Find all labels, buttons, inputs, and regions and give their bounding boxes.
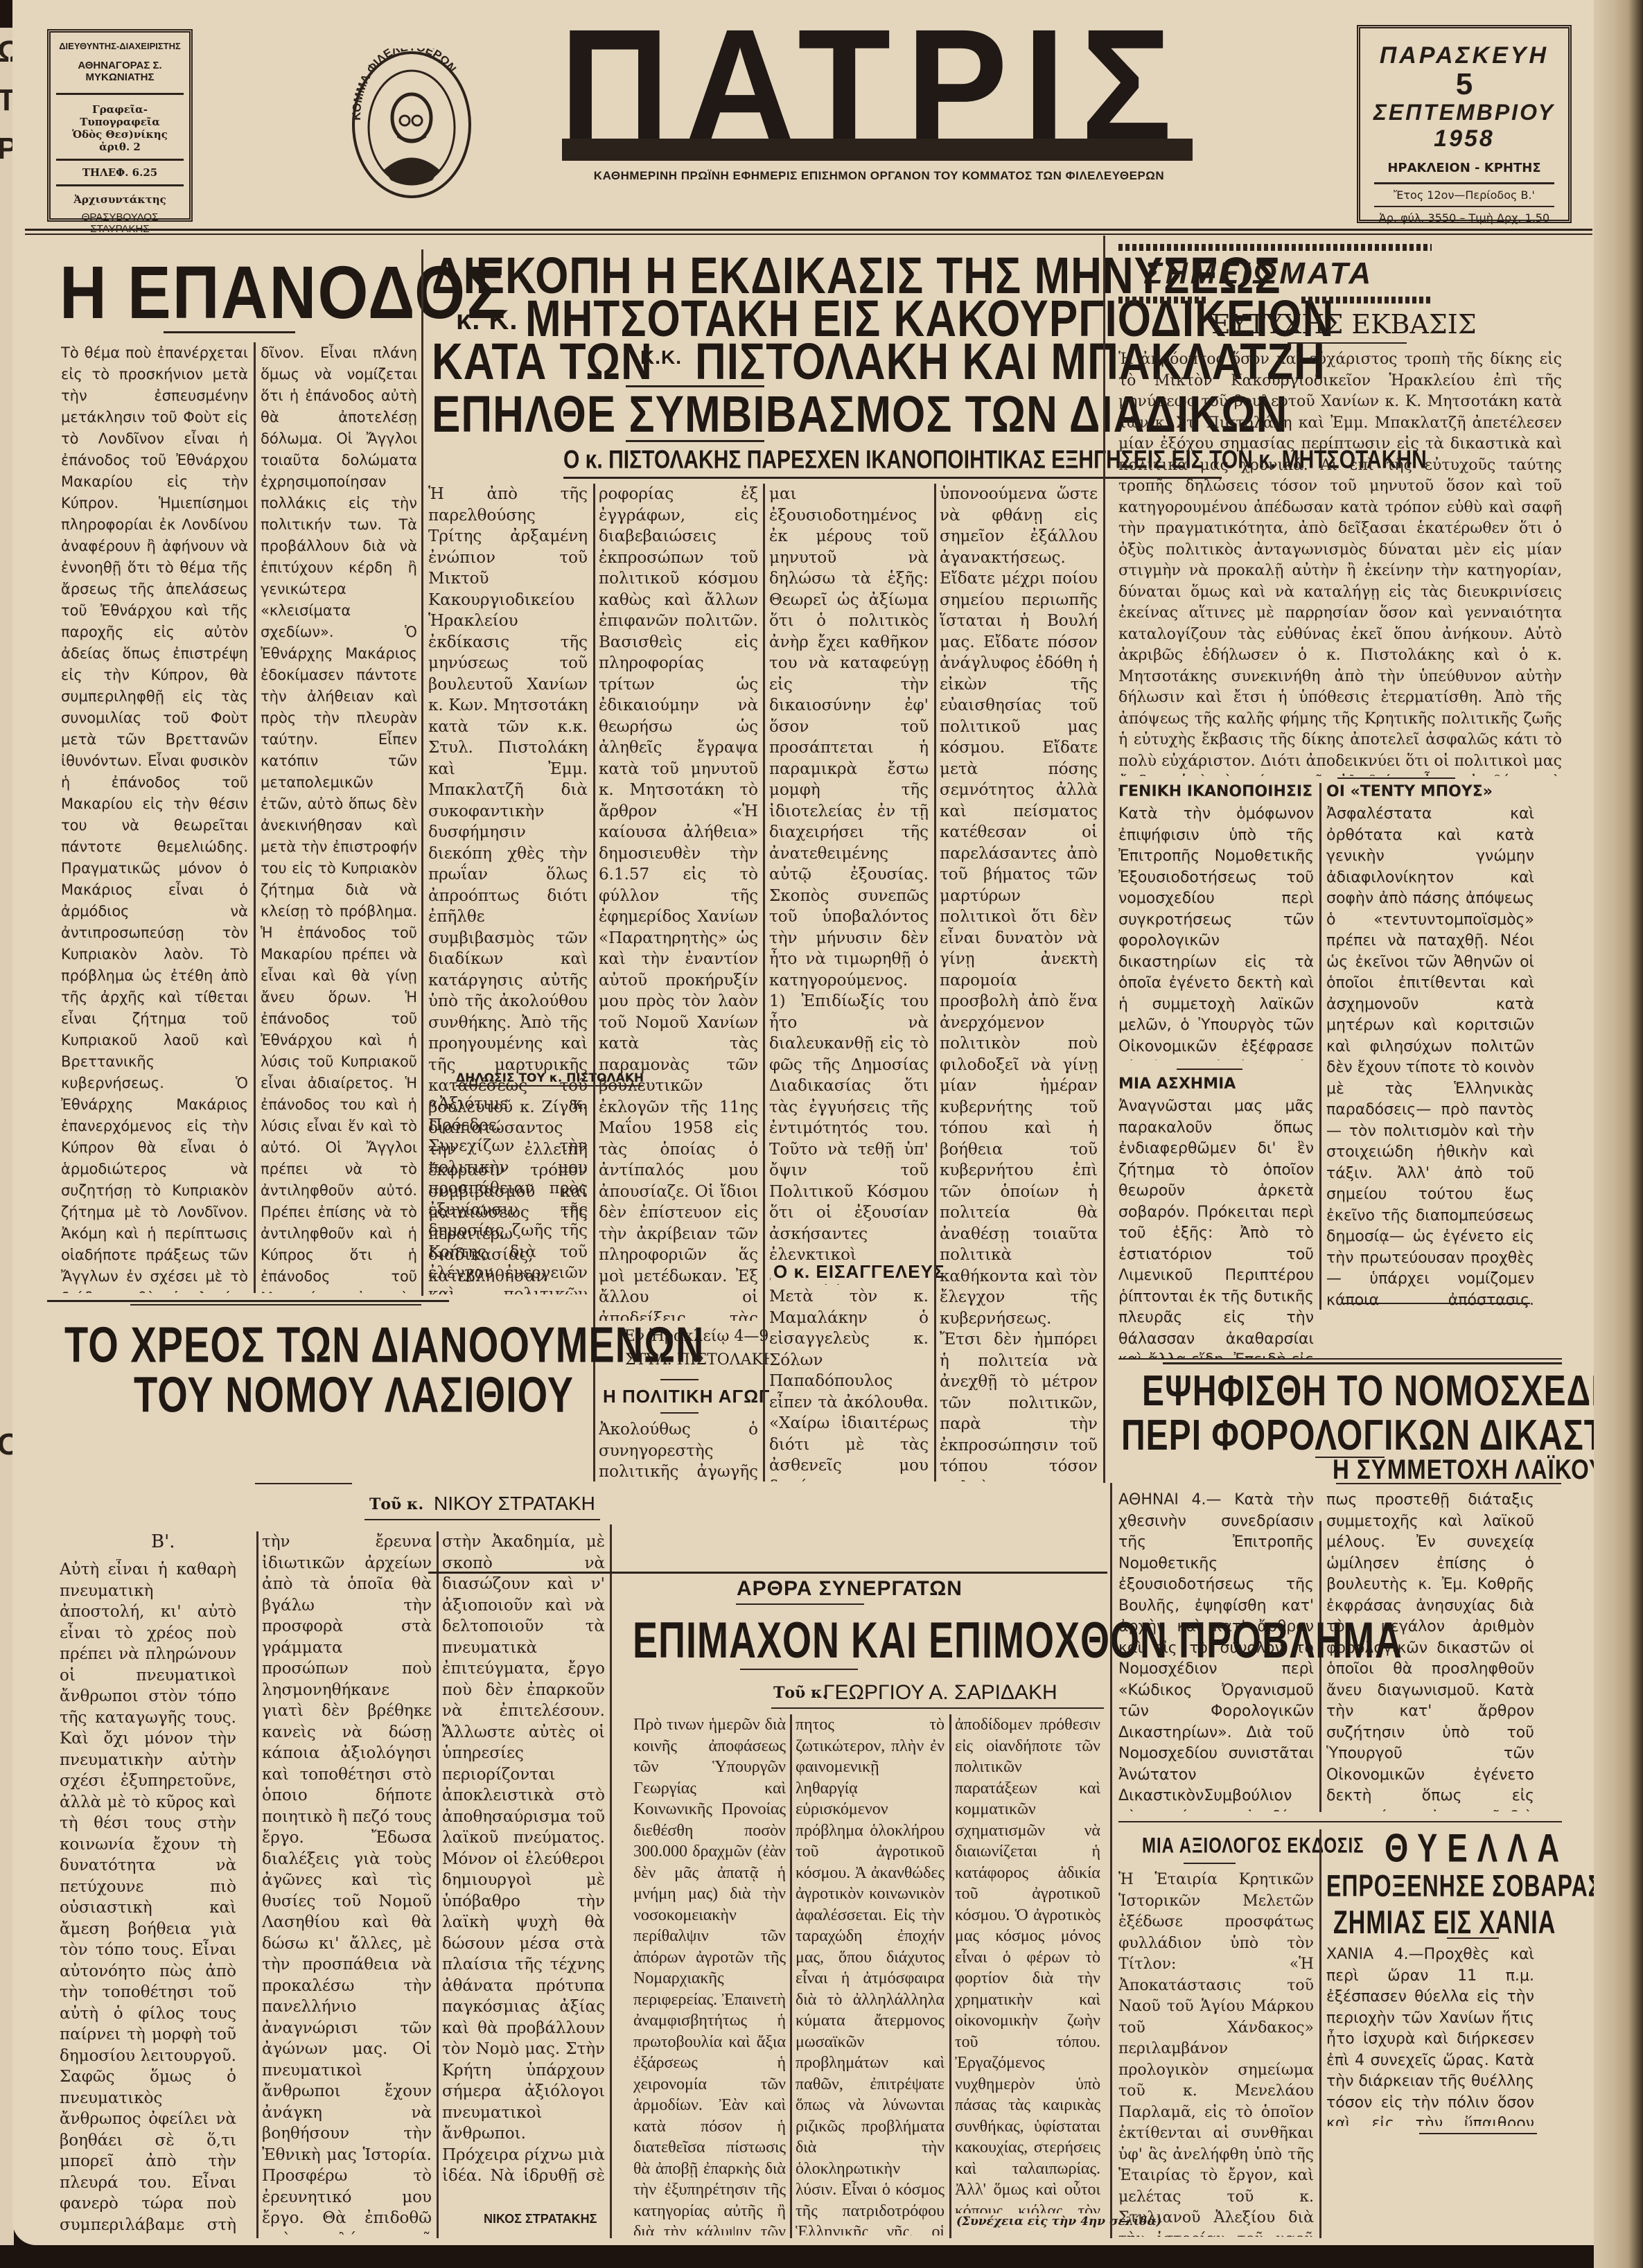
chreos-signature: ΝΙΚΟΣ ΣΤΡΑΤΑΚΗΣ bbox=[484, 2212, 597, 2226]
month: ΣΕΠΤΕΜΒΡΙΟΥ bbox=[1360, 100, 1568, 125]
aschimia-headline: ΜΙΑ ΑΣΧΗΜΙΑ bbox=[1118, 1075, 1236, 1093]
section-divider bbox=[1118, 1821, 1562, 1822]
adjacent-page-fragment: ΩΣ bbox=[0, 28, 14, 76]
teddy-headline: ΟΙ «ΤΕΝΤΥ ΜΠΟΥΣ» bbox=[1326, 783, 1493, 800]
newspaper-title: ΠΑΤΡΙΣ bbox=[556, 24, 1190, 148]
byline-underline bbox=[364, 1519, 600, 1520]
column-divider bbox=[437, 1531, 439, 2238]
offices-line-2: Ὁδὸς Θεσ)νίκης ἀριθ. 2 bbox=[56, 128, 184, 161]
short-rule bbox=[1184, 1863, 1236, 1864]
teddy-body: Ἀσφαλέστατα καὶ ὀρθότατα καὶ κατὰ γενικὴ… bbox=[1326, 804, 1534, 1310]
epanodos-column-2: δῖνον. Εἶναι πλάνη ὅμως νὰ νομίζεται ὅτι… bbox=[261, 342, 417, 1293]
simeiomata-body: Ἡ ἀπρόοπτος ὅσον καὶ εὐχάριστος τροπὴ τῆ… bbox=[1118, 349, 1562, 776]
short-rule bbox=[255, 1483, 352, 1484]
newspaper-page: ΔΙΕΥΘΥΝΤΗΣ-ΔΙΑΧΕΙΡΙΣΤΗΣ ΑΘΗΝΑΓΟΡΑΣ Σ. ΜΥ… bbox=[12, 0, 1606, 2245]
chreos-column-3: στὴν Ἀκαδημία, μὲ σκοπὸ νὰ διασώζουν καὶ… bbox=[442, 1531, 605, 2183]
date-box: ΠΑΡΑΣΚΕΥΗ 5 ΣΕΠΤΕΜΒΡΙΟΥ 1958 ΗΡΑΚΛΕΙΟΝ -… bbox=[1357, 25, 1572, 223]
year-period: Ἔτος 12ον—Περίοδος Β.' bbox=[1374, 188, 1554, 207]
section-divider bbox=[428, 1572, 1107, 1574]
chreos-byline-name: ΝΙΚΟΥ ΣΤΡΑΤΑΚΗ bbox=[434, 1493, 595, 1515]
short-rule bbox=[1419, 2133, 1537, 2134]
main-headline-line-3-prefix: ΚΑΤΑ ΤΩΝ bbox=[432, 333, 653, 392]
aschimia-body: Ἀναγνῶσται μας μᾶς παρακαλοῦν ὅπως ἐνδια… bbox=[1118, 1096, 1314, 1360]
issue-price: Ἀρ. φύλ. 3550 – Τιμὴ Δρχ. 1.50 bbox=[1360, 211, 1568, 225]
short-rule bbox=[660, 1379, 699, 1380]
portrait-emblem-icon: ΚΟΜΜΑ ΦΙΛΕΛΕΥΘΕΡΩΝ bbox=[349, 49, 474, 201]
main-column-1b: «Ἀξιότιμε κ. Πρόεδρε. Συνεχίζων τὴν πολι… bbox=[428, 1093, 588, 1294]
party-emblem: ΚΟΜΜΑ ΦΙΛΕΛΕΥΘΕΡΩΝ bbox=[349, 49, 474, 201]
section-divider bbox=[130, 1304, 421, 1306]
byline-underline bbox=[771, 1707, 1104, 1709]
ekdosis-headline: ΜΙΑ ΑΞΙΟΛΟΓΟΣ ΕΚΔΟΣΙΣ bbox=[1142, 1834, 1364, 1858]
place: ΗΡΑΚΛΕΙΟΝ - ΚΡΗΤΗΣ bbox=[1374, 161, 1554, 184]
section-border-top bbox=[1118, 244, 1432, 251]
book-binding-edge bbox=[1594, 0, 1643, 2268]
thyella-headline-1: ΘΥΕΛΛΑ bbox=[1385, 1827, 1569, 1872]
headline-rule bbox=[626, 440, 764, 442]
title-underline-bar bbox=[562, 139, 1193, 161]
director-label: ΔΙΕΥΘΥΝΤΗΣ-ΔΙΑΧΕΙΡΙΣΤΗΣ bbox=[56, 41, 184, 51]
main-headline-kk: Κ.Κ. bbox=[640, 346, 682, 369]
year: 1958 bbox=[1360, 125, 1568, 152]
simeiomata-headline: ΕΥΤΥΧΗΣ ΕΚΒΑΣΙΣ bbox=[1211, 309, 1477, 340]
deck-underline bbox=[1336, 1483, 1561, 1484]
editor-name: ΘΡΑΣΥΒΟΥΛΟΣ ΣΤΑΥΡΑΚΗΣ bbox=[56, 211, 184, 235]
column-divider bbox=[1319, 1829, 1321, 2238]
short-rule bbox=[1447, 1937, 1499, 1939]
column-divider bbox=[763, 484, 765, 1482]
thyella-body: ΧΑΝΙΑ 4.—Προχθὲς καὶ περὶ ὥραν 11 π.μ. ἐ… bbox=[1326, 1944, 1534, 2126]
short-rule bbox=[1337, 777, 1455, 779]
epimachon-byline-name: ΓΕΩΡΓΙΟΥ Α. ΣΑΡΙΔΑΚΗ bbox=[823, 1681, 1057, 1705]
section-divider bbox=[1118, 1358, 1562, 1360]
main-column-4: ὑπονοούμενα ὥστε νὰ φθάνῃ εἰς σημεῖον ἐξ… bbox=[940, 484, 1098, 1482]
director-name: ΑΘΗΝΑΓΟΡΑΣ Σ. ΜΥΚΩΝΙΑΤΗΣ bbox=[56, 60, 184, 95]
nomoschedio-headline-2: ΠΕΡΙ ΦΟΡΟΛΟΓΙΚΩΝ ΔΙΚΑΣΤΗΡΙΩΝ bbox=[1121, 1411, 1643, 1461]
masthead-title: ΠΑΤΡΙΣ bbox=[556, 26, 1190, 144]
main-column-2b: Ἀκολούθως ὁ συνηγορεστὴς πολιτικῆς ἀγωγῆ… bbox=[599, 1419, 758, 1483]
publisher-info-box: ΔΙΕΥΘΥΝΤΗΣ-ΔΙΑΧΕΙΡΙΣΤΗΣ ΑΘΗΝΑΓΟΡΑΣ Σ. ΜΥ… bbox=[47, 29, 193, 222]
epimachon-column-1: Πρὸ τινων ἡμερῶν διὰ κοινῆς ἀποφάσεως τῶ… bbox=[633, 1714, 786, 2235]
continued-note: (Συνέχεια εἰς τὴν 4ην σελίδα) bbox=[956, 2215, 1161, 2229]
geniki-headline: ΓΕΝΙΚΗ ΙΚΑΝΟΠΟΙΗΣΙΣ bbox=[1118, 783, 1312, 800]
adjacent-page-fragment: ΡΟΥ bbox=[0, 125, 14, 173]
chreos-headline-2: ΤΟΥ ΝΟΜΟΥ ΛΑΣΙΘΙΟΥ bbox=[134, 1365, 574, 1424]
adjacent-page-edge: ΩΣ ΤΑ ΡΟΥ ΟΚ bbox=[0, 28, 14, 2245]
chreos-column-2: τὴν ἔρευνα ἰδιωτικῶν ἀρχείων ἀπὸ τὰ ὁποῖ… bbox=[262, 1531, 432, 2235]
masthead-divider-2 bbox=[25, 234, 1592, 235]
short-rule bbox=[1177, 1069, 1242, 1070]
short-rule bbox=[660, 1412, 699, 1414]
weekday: ΠΑΡΑΣΚΕΥΗ bbox=[1360, 42, 1568, 69]
phone-number: ΤΗΛΕΦ. 6.25 bbox=[56, 166, 184, 186]
chreos-byline-prefix: Τοῦ κ. bbox=[369, 1495, 423, 1513]
headline-underline bbox=[1288, 342, 1407, 344]
main-column-2: ροφορίας ἐξ ἐγγράφων, εἰς διαβεβαιώσεις … bbox=[599, 484, 758, 1321]
column-divider bbox=[254, 342, 256, 1293]
main-column-3b: Μετὰ τὸν κ. Μαμαλάκην ὁ εἰσαγγελεὺς κ. Σ… bbox=[769, 1286, 929, 1482]
section-border-bottom-left bbox=[1118, 297, 1207, 304]
column-divider bbox=[1103, 236, 1105, 1483]
editor-label: Ἀρχισυντάκτης bbox=[56, 193, 184, 206]
epimachon-byline-prefix: Τοῦ κ. bbox=[773, 1684, 827, 1702]
column-divider bbox=[1319, 783, 1321, 1310]
kicker-underline bbox=[736, 1603, 864, 1605]
main-headline-prefix: κ. Κ. bbox=[456, 305, 518, 336]
column-divider bbox=[1110, 1483, 1112, 2238]
epimachon-headline: ΕΠΙΜΑΧΟΝ ΚΑΙ ΕΠΙΜΟΧΘΟΝ ΠΡΟΒΛΗΜΑ bbox=[633, 1612, 1403, 1670]
section-divider bbox=[1163, 1362, 1562, 1364]
simeiomata-section-title: ΣΗΜΕΙΩΜΑΤΑ bbox=[1145, 256, 1373, 291]
ekdosis-body: Ἡ Ἑταιρία Κρητικῶν Ἱστορικῶν Μελετῶν ἐξέ… bbox=[1118, 1870, 1314, 2237]
headline-underline bbox=[740, 1669, 858, 1670]
headline-underline bbox=[164, 331, 295, 333]
chreos-column-1: Αὐτὴ εἶναι ἡ καθαρὴ πνευματικὴ ἀποστολή,… bbox=[60, 1559, 236, 2235]
epimachon-column-3: ἀποδίδομεν πρόθεσιν εἰς οἱανδήποτε τῶν π… bbox=[955, 1714, 1100, 2213]
prosecutor-subhead: Ο κ. ΕΙΣΑΓΓΕΛΕΥΣ bbox=[771, 1260, 948, 1284]
column-divider bbox=[610, 1524, 612, 2238]
svg-text:ΚΟΜΜΑ ΦΙΛΕΛΕΥΘΕΡΩΝ: ΚΟΜΜΑ ΦΙΛΕΛΕΥΘΕΡΩΝ bbox=[350, 49, 459, 121]
masthead-subtitle: ΚΑΘΗΜΕΡΙΝΗ ΠΡΩΪΝΗ ΕΦΗΜΕΡΙΣ ΕΠΙΣΗΜΟΝ ΟΡΓΑ… bbox=[562, 169, 1196, 183]
column-divider bbox=[256, 1531, 258, 2238]
column-divider bbox=[421, 249, 423, 1296]
thyella-headline-3: ΖΗΜΙΑΣ ΕΙΣ ΧΑΝΙΑ bbox=[1333, 1904, 1556, 1942]
nomoschedio-headline-1: ΕΨΗΦΙΣΘΗ ΤΟ ΝΟΜΟΣΧΕΔΙΟΝ bbox=[1142, 1366, 1643, 1416]
epanodos-column-1: Τὸ θέμα ποὺ ἐπανέρχεται εἰς τὸ προσκήνιο… bbox=[61, 342, 248, 1293]
section-divider bbox=[47, 1300, 449, 1302]
section-border-bottom-right bbox=[1301, 297, 1432, 304]
geniki-body: Κατὰ τὴν ὁμόφωνον ἐπιψήφισιν ὑπὸ τῆς Ἐπι… bbox=[1118, 804, 1314, 1060]
column-divider bbox=[949, 1714, 951, 2238]
political-suit-subhead: Η ΠΟΛΙΤΙΚΗ ΑΓΩΓΗ bbox=[603, 1386, 784, 1407]
masthead-divider bbox=[25, 229, 1592, 231]
column-divider bbox=[934, 484, 936, 1482]
short-rule bbox=[1343, 1303, 1530, 1304]
thyella-headline-2: ΕΠΡΟΞΕΝΗΣΕ ΣΟΒΑΡΑΣ bbox=[1326, 1868, 1602, 1904]
adjacent-page-fragment: ΤΑ bbox=[0, 76, 14, 125]
day-number: 5 bbox=[1360, 69, 1568, 100]
offices-line-1: Γραφεῖα-Τυπογραφεῖα bbox=[56, 103, 184, 128]
part-number: Β'. bbox=[151, 1531, 175, 1552]
epimachon-kicker: ΑΡΘΡΑ ΣΥΝΕΡΓΑΤΩΝ bbox=[737, 1577, 963, 1601]
epimachon-column-2: πητος τὸ ζωτικώτερον, πλὴν ἐν φαινομενικ… bbox=[796, 1714, 944, 2235]
adjacent-page-fragment: ΟΚ bbox=[0, 1421, 14, 1469]
column-divider bbox=[790, 1714, 792, 2238]
